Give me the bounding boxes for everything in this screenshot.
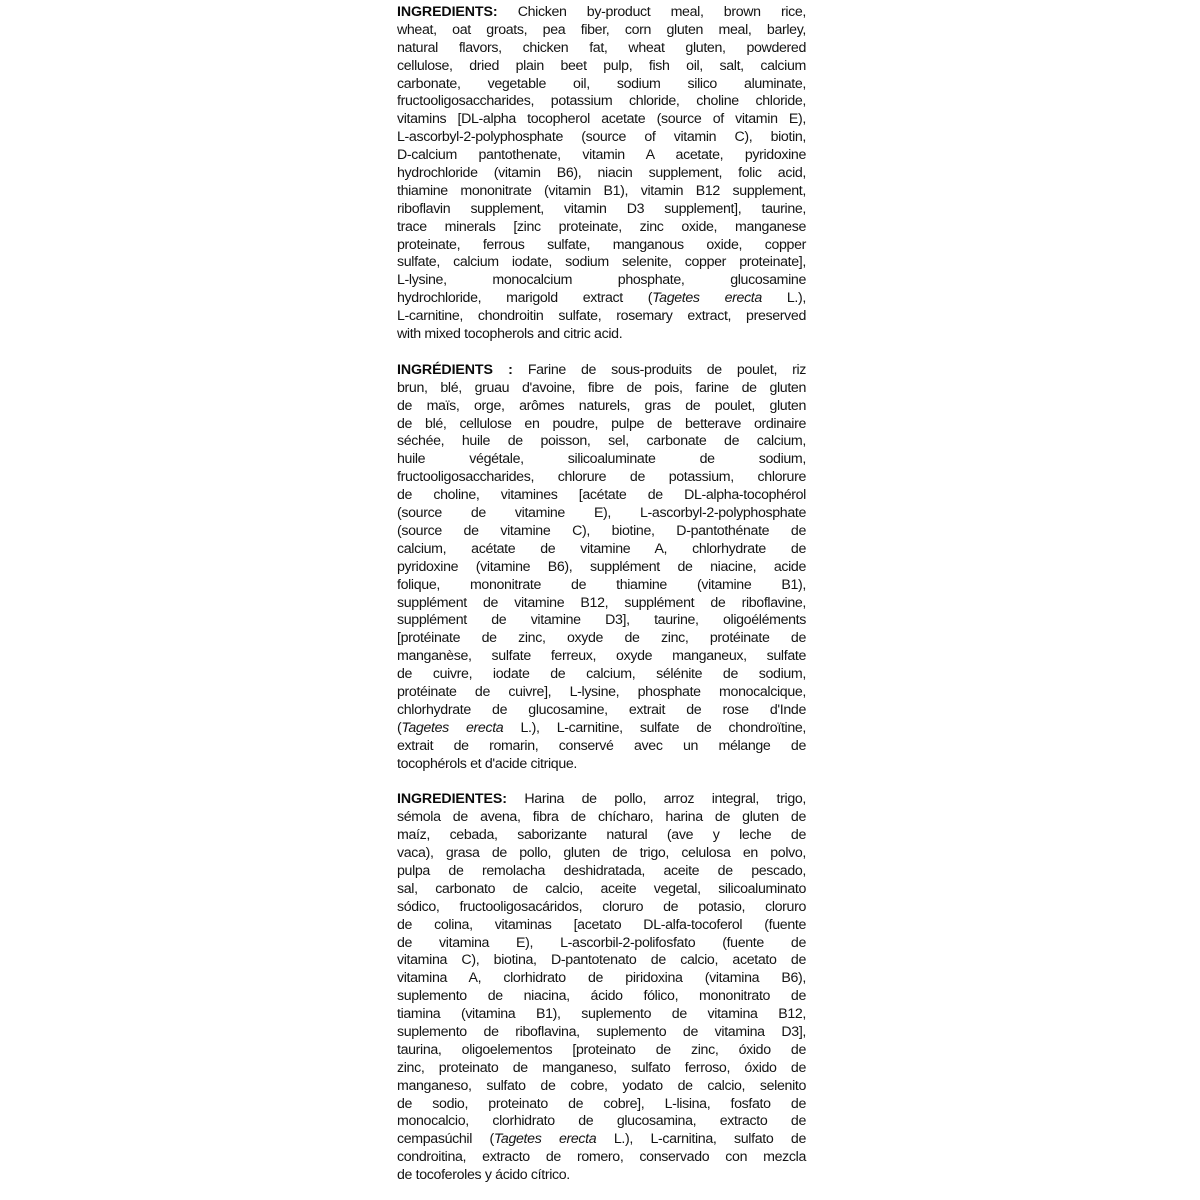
ingredients-section-french: INGRÉDIENTS : Farine de sous-produits de… xyxy=(397,362,806,773)
ingredients-label: INGREDIENTS: Chicken by-product meal, br… xyxy=(397,4,806,1200)
ingredients-heading-spanish: INGREDIENTES: xyxy=(397,791,507,807)
ingredients-section-spanish: INGREDIENTES: Harina de pollo, arroz int… xyxy=(397,791,806,1185)
ingredients-heading-french: INGRÉDIENTS : xyxy=(397,362,513,378)
scientific-name: Tagetes erecta xyxy=(494,1131,596,1147)
ingredients-section-english: INGREDIENTS: Chicken by-product meal, br… xyxy=(397,4,806,344)
scientific-name: Tagetes erecta xyxy=(652,290,762,306)
scientific-name: Tagetes erecta xyxy=(401,720,503,736)
ingredients-heading-english: INGREDIENTS: xyxy=(397,4,497,20)
